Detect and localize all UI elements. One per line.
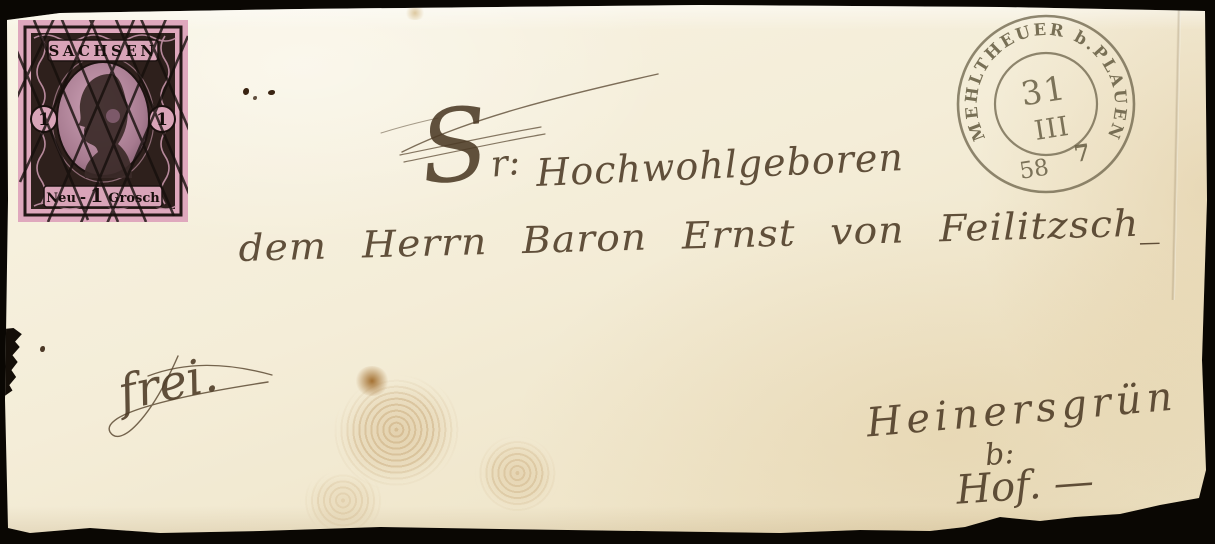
recipient-line: dem Herrn Baron Ernst von Feilitzsch_ bbox=[238, 204, 1161, 267]
ink-speck bbox=[243, 88, 249, 95]
ink-stain-spot bbox=[355, 366, 389, 396]
portrait-ear-detail bbox=[106, 109, 120, 123]
postmark-hour: 7 bbox=[1072, 139, 1092, 168]
ink-speck bbox=[268, 90, 275, 95]
fingerprint-stain bbox=[288, 462, 398, 542]
ink-speck bbox=[253, 96, 257, 100]
cover-photograph: SACHSEN 1 1 Neu-1Grosch MEHLTHEUER b.PLA… bbox=[0, 0, 1215, 544]
envelope: SACHSEN 1 1 Neu-1Grosch MEHLTHEUER b.PLA… bbox=[0, 0, 1215, 544]
franking-note: frei. bbox=[114, 350, 222, 418]
postmark-month: III bbox=[1032, 111, 1071, 147]
destination-town: Hof. — bbox=[955, 461, 1095, 511]
small-stain bbox=[404, 6, 426, 20]
saxony-stamp: SACHSEN 1 1 Neu-1Grosch bbox=[18, 20, 188, 222]
salutation-line: Hochwohlgeboren bbox=[535, 138, 904, 192]
postmark-date-block: 31 III 58 7 bbox=[1005, 66, 1094, 185]
ink-blot bbox=[0, 328, 26, 396]
salutation-prefix: Sr: bbox=[415, 90, 523, 200]
destination-place: Heinersgrün bbox=[865, 376, 1179, 443]
ink-speck bbox=[40, 346, 45, 352]
paper-crease bbox=[1171, 8, 1181, 300]
postmark-year: 58 bbox=[1018, 155, 1051, 185]
postmark-day: 31 bbox=[1018, 68, 1070, 114]
postmark-mehltheuer: MEHLTHEUER b.PLAUEN 31 III 58 7 bbox=[948, 6, 1148, 206]
